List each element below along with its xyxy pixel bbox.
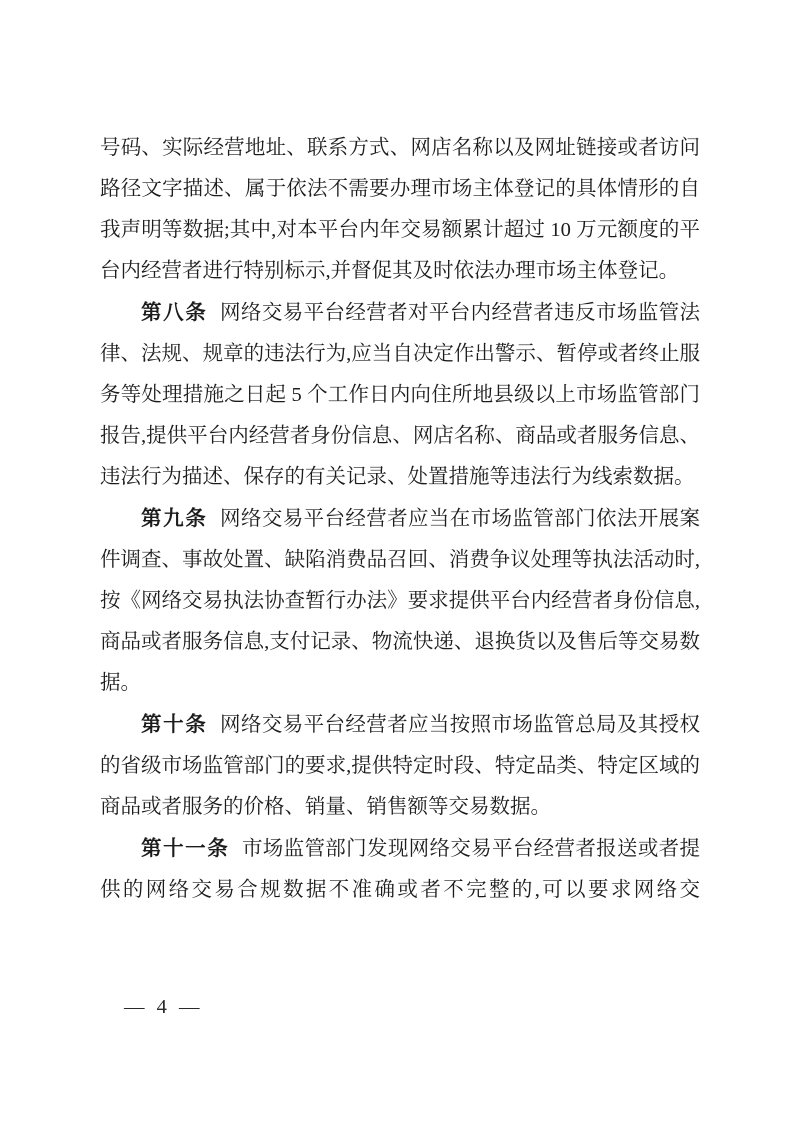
paragraph-article-11: 第十一条市场监管部门发现网络交易平台经营者报送或者提供的网络交易合规数据不准确或… bbox=[100, 828, 700, 911]
paragraph-article-8: 第八条网络交易平台经营者对平台内经营者违反市场监管法律、法规、规章的违法行为,应… bbox=[100, 292, 700, 498]
paragraph-article-9: 第九条网络交易平台经营者应当在市场监管部门依法开展案件调查、事故处置、缺陷消费品… bbox=[100, 498, 700, 704]
page-number: — 4 — bbox=[124, 996, 200, 1018]
article-number-label: 第九条 bbox=[141, 507, 207, 530]
paragraph-text: 网络交易平台经营者应当在市场监管部门依法开展案件调查、事故处置、缺陷消费品召回、… bbox=[100, 508, 700, 694]
article-number-label: 第八条 bbox=[141, 301, 207, 324]
paragraph-continuation: 号码、实际经营地址、联系方式、网店名称以及网址链接或者访问路径文字描述、属于依法… bbox=[100, 128, 700, 292]
article-number-label: 第十一条 bbox=[141, 837, 229, 860]
paragraph-text: 号码、实际经营地址、联系方式、网店名称以及网址链接或者访问路径文字描述、属于依法… bbox=[100, 137, 700, 282]
paragraph-article-10: 第十条网络交易平台经营者应当按照市场监管总局及其授权的省级市场监管部门的要求,提… bbox=[100, 704, 700, 828]
article-number-label: 第十条 bbox=[141, 713, 207, 736]
document-text-block: 号码、实际经营地址、联系方式、网店名称以及网址链接或者访问路径文字描述、属于依法… bbox=[100, 128, 700, 911]
document-page: 号码、实际经营地址、联系方式、网店名称以及网址链接或者访问路径文字描述、属于依法… bbox=[0, 0, 793, 1122]
page-footer: — 4 — bbox=[124, 995, 200, 1019]
paragraph-text: 网络交易平台经营者对平台内经营者违反市场监管法律、法规、规章的违法行为,应当自决… bbox=[100, 302, 700, 488]
